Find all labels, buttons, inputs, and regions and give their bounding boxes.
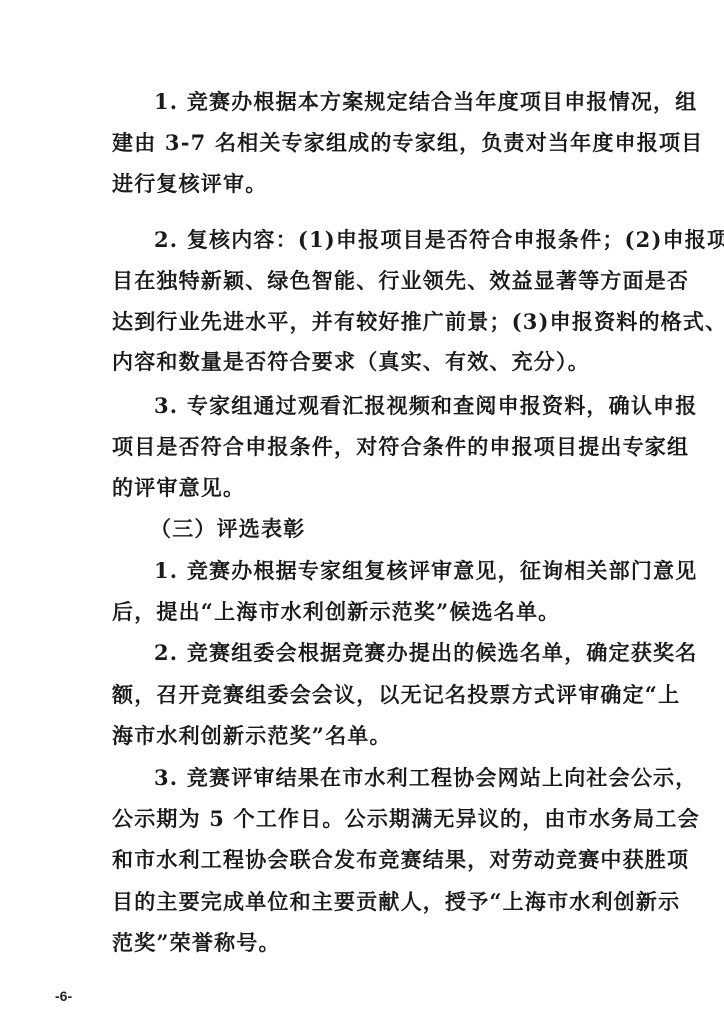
paragraph-line: 额，召开竞赛组委会会议，以无记名投票方式评审确定“上: [112, 681, 680, 709]
paragraph-line: 项目是否符合申报条件，对符合条件的申报项目提出专家组: [112, 433, 689, 461]
section-heading: （三）评选表彰: [150, 515, 305, 543]
paragraph-line: 达到行业先进水平，并有较好推广前景；(3)申报资料的格式、: [112, 308, 724, 336]
paragraph-line: 进行复核评审。: [112, 170, 267, 198]
page-number: -6-: [55, 988, 72, 1004]
paragraph-line: 公示期为 5 个工作日。公示期满无异议的，由市水务局工会: [112, 805, 700, 833]
paragraph-line: 内容和数量是否符合要求（真实、有效、充分）。: [112, 348, 590, 376]
paragraph-line: 和市水利工程协会联合发布竞赛结果，对劳动竞赛中获胜项: [112, 846, 689, 874]
paragraph-line: 海市水利创新示范奖”名单。: [112, 722, 392, 750]
paragraph-line: 目的主要完成单位和主要贡献人，授予“上海市水利创新示: [112, 888, 680, 916]
paragraph-line: 的评审意见。: [112, 474, 245, 502]
paragraph-line: 2. 复核内容：(1)申报项目是否符合申报条件；(2)申报项: [154, 226, 724, 254]
paragraph-line: 3. 专家组通过观看汇报视频和查阅申报资料，确认申报: [154, 392, 697, 420]
paragraph-line: 3. 竞赛评审结果在市水利工程协会网站上向社会公示，: [154, 764, 697, 792]
paragraph-line: 范奖”荣誉称号。: [112, 929, 281, 957]
paragraph-line: 1. 竞赛办根据本方案规定结合当年度项目申报情况，组: [154, 88, 697, 116]
paragraph-line: 建由 3-7 名相关专家组成的专家组，负责对当年度申报项目: [112, 129, 703, 157]
document-page: 1. 竞赛办根据本方案规定结合当年度项目申报情况，组 建由 3-7 名相关专家组…: [0, 0, 724, 1024]
paragraph-line: 1. 竞赛办根据专家组复核评审意见，征询相关部门意见: [154, 557, 697, 585]
paragraph-line: 2. 竞赛组委会根据竞赛办提出的候选名单，确定获奖名: [154, 639, 697, 667]
paragraph-line: 后，提出“上海市水利创新示范奖”候选名单。: [112, 598, 560, 626]
paragraph-line: 目在独特新颖、绿色智能、行业领先、效益显著等方面是否: [112, 267, 689, 295]
